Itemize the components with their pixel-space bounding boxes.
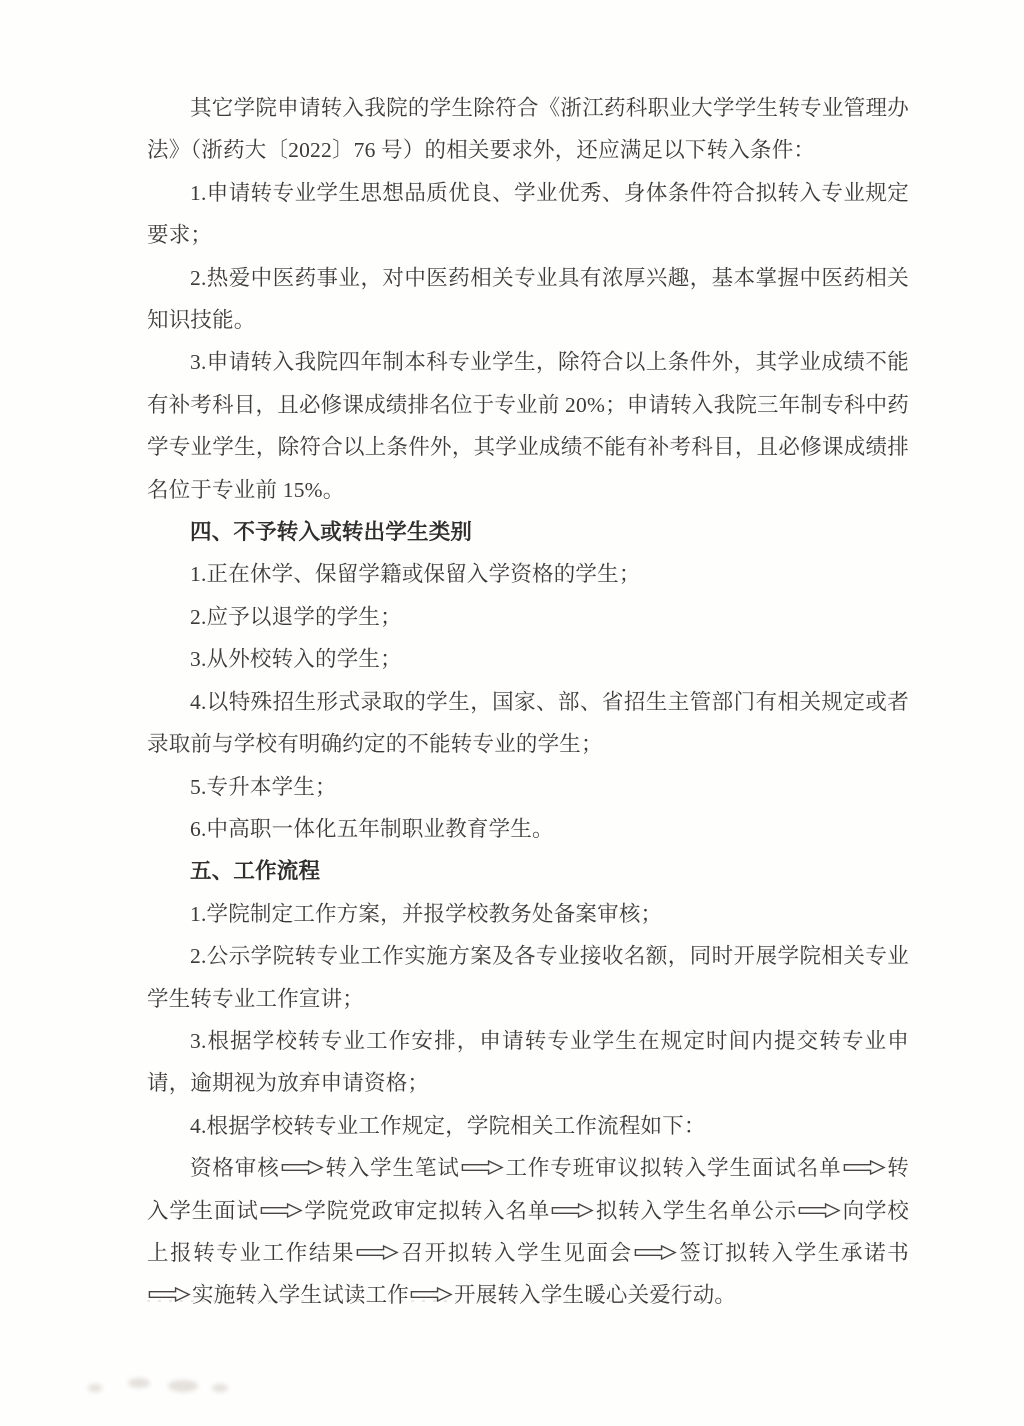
excluded-category-4: 4.以特殊招生形式录取的学生，国家、部、省招生主管部门有相关规定或者录取前与学校… <box>147 681 909 766</box>
scan-artifact <box>128 1378 150 1388</box>
flow-step-1: 资格审核 <box>190 1156 280 1180</box>
flow-step-9: 签订拟转入学生承诺书 <box>678 1241 909 1265</box>
workflow-flowchart: 资格审核转入学生笔试工作专班审议拟转入学生面试名单转入学生面试学院党政审定拟转入… <box>147 1147 909 1317</box>
right-arrow-icon <box>843 1159 886 1176</box>
flow-step-5: 学院党政审定拟转入名单 <box>304 1199 550 1223</box>
scan-artifact <box>88 1384 102 1392</box>
right-arrow-icon <box>634 1244 677 1261</box>
flow-step-8: 召开拟转入学生见面会 <box>400 1241 633 1265</box>
flow-step-11: 开展转入学生暖心关爱行动 <box>454 1283 714 1307</box>
right-arrow-icon <box>551 1202 594 1219</box>
excluded-category-2: 2.应予以退学的学生； <box>147 596 909 638</box>
section-heading-4: 四、不予转入或转出学生类别 <box>147 511 909 553</box>
excluded-category-5: 5.专升本学生； <box>147 766 909 808</box>
right-arrow-icon <box>356 1244 399 1261</box>
flow-step-6: 拟转入学生名单公示 <box>595 1199 797 1223</box>
section-heading-5: 五、工作流程 <box>147 850 909 892</box>
transfer-condition-3: 3.申请转入我院四年制本科专业学生，除符合以上条件外，其学业成绩不能有补考科目，… <box>147 341 909 511</box>
scan-artifact <box>147 1300 707 1302</box>
right-arrow-icon <box>798 1202 841 1219</box>
excluded-category-3: 3.从外校转入的学生； <box>147 638 909 680</box>
scan-artifact <box>168 1380 198 1392</box>
workflow-item-1: 1.学院制定工作方案，并报学校教务处备案审核； <box>147 893 909 935</box>
right-arrow-icon <box>461 1159 504 1176</box>
excluded-category-1: 1.正在休学、保留学籍或保留入学资格的学生； <box>147 553 909 595</box>
flow-step-10: 实施转入学生试读工作 <box>192 1283 409 1307</box>
document-page: 其它学院申请转入我院的学生除符合《浙江药科职业大学学生转专业管理办法》（浙药大〔… <box>0 0 1024 1426</box>
flow-terminator: 。 <box>714 1283 736 1307</box>
transfer-condition-2: 2.热爱中医药事业，对中医药相关专业具有浓厚兴趣，基本掌握中医药相关知识技能。 <box>147 257 909 342</box>
right-arrow-icon <box>281 1159 324 1176</box>
right-arrow-icon <box>260 1202 303 1219</box>
intro-paragraph: 其它学院申请转入我院的学生除符合《浙江药科职业大学学生转专业管理办法》（浙药大〔… <box>147 87 909 172</box>
excluded-category-6: 6.中高职一体化五年制职业教育学生。 <box>147 808 909 850</box>
document-body: 其它学院申请转入我院的学生除符合《浙江药科职业大学学生转专业管理办法》（浙药大〔… <box>147 87 909 1317</box>
flow-step-3: 工作专班审议拟转入学生面试名单 <box>505 1156 842 1180</box>
transfer-condition-1: 1.申请转专业学生思想品质优良、学业优秀、身体条件符合拟转入专业规定要求； <box>147 172 909 257</box>
workflow-item-3: 3.根据学校转专业工作安排，申请转专业学生在规定时间内提交转专业申请，逾期视为放… <box>147 1020 909 1105</box>
flow-step-2: 转入学生笔试 <box>325 1156 460 1180</box>
scan-artifact <box>212 1384 228 1392</box>
workflow-item-2: 2.公示学院转专业工作实施方案及各专业接收名额，同时开展学院相关专业学生转专业工… <box>147 935 909 1020</box>
workflow-item-4: 4.根据学校转专业工作规定，学院相关工作流程如下： <box>147 1105 909 1147</box>
